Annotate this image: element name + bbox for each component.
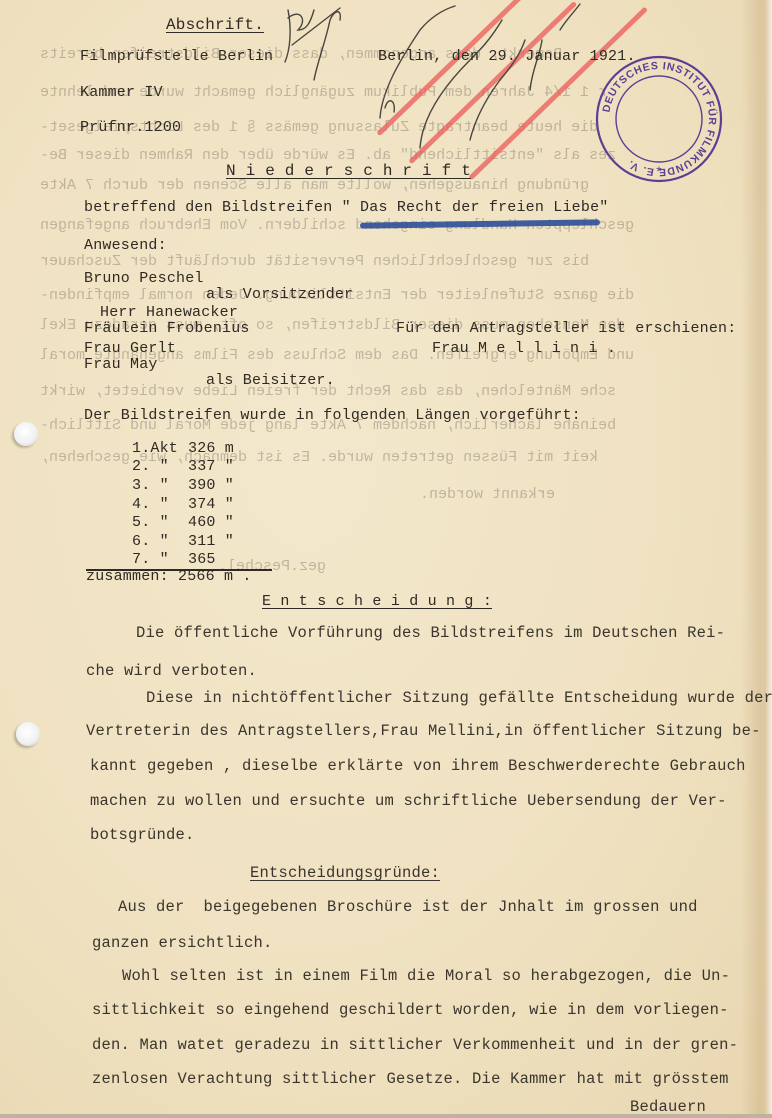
assessor: Frau May: [84, 356, 158, 373]
reasons-line: sittlichkeit so eingehend geschildert wo…: [92, 1001, 729, 1019]
notice-line: botsgründe.: [90, 826, 195, 844]
total-length: zusammen: 2566 m .: [86, 568, 252, 585]
assessor-role: als Beisitzer.: [206, 372, 335, 389]
svg-text:DEUTSCHES INSTITUT FÜR FILMKUN: DEUTSCHES INSTITUT FÜR FILMKUNDE E. V.: [600, 60, 719, 178]
bleed-through-line: bis zur geschlechtlichen Perversität dur…: [40, 253, 589, 270]
act-length: 337 ": [188, 458, 234, 475]
office-name: Filmprüfstelle Berlin: [80, 48, 273, 65]
act-label: 3. ": [132, 477, 169, 494]
applicant-name: Frau M e l l i n i .: [432, 340, 616, 357]
act-length: 374 ": [188, 496, 234, 513]
reasons-title: Entscheidungsgründe:: [250, 864, 440, 882]
exam-number: Prüfnr.1200: [80, 119, 181, 136]
act-label: 2. ": [132, 458, 169, 475]
chamber: Kammer IV: [80, 84, 163, 101]
stamp-text: DEUTSCHES INSTITUT FÜR FILMKUNDE E. V.: [600, 60, 719, 178]
act-length: 365: [188, 551, 216, 568]
handwritten-annotation: [270, 0, 600, 160]
bleed-through-line: keit mit Füssen getreten wurde. Es ist d…: [40, 449, 598, 466]
decision-line: che wird verboten.: [86, 662, 257, 680]
stamp-star-icon: *: [656, 163, 662, 179]
continuation-word: Bedauern: [630, 1098, 706, 1116]
lengths-intro: Der Bildstreifen wurde in folgenden Läng…: [84, 407, 581, 424]
reasons-line: Aus der beigegebenen Broschüre ist der J…: [118, 898, 698, 916]
assessor: Fräulein Frobenius: [84, 320, 250, 337]
act-label: 4. ": [132, 496, 169, 513]
subject-line: betreffend den Bildstreifen " Das Recht …: [84, 199, 608, 216]
document-title: N i e d e r s c h r i f t: [226, 162, 471, 180]
notice-line: Vertreterin des Antragstellers,Frau Mell…: [86, 722, 761, 740]
page-edge: [764, 0, 772, 1118]
act-length: 326 m: [188, 440, 234, 457]
decision-line: Die öffentliche Vorführung des Bildstrei…: [136, 624, 725, 642]
notice-line: kannt gegeben , dieselbe erklärte von ih…: [90, 757, 746, 775]
reasons-line: zenlosen Verachtung sittlicher Gesetze. …: [92, 1070, 729, 1088]
assessor: Frau Gerlt: [84, 340, 176, 357]
punch-hole: [16, 722, 40, 746]
reasons-line: den. Man watet geradezu in sittlicher Ve…: [92, 1036, 738, 1054]
applicant-label: Für den Antragsteller ist erschienen:: [396, 320, 736, 337]
act-label: 1.Akt: [132, 440, 178, 457]
copy-heading: Abschrift.: [166, 16, 264, 34]
reasons-line: ganzen ersichtlich.: [92, 934, 273, 952]
act-label: 7. ": [132, 551, 169, 568]
act-label: 6. ": [132, 533, 169, 550]
present-label: Anwesend:: [84, 237, 167, 254]
assessor: Herr Hanewacker: [100, 304, 238, 321]
reasons-line: Wohl selten ist in einem Film die Moral …: [122, 967, 730, 985]
notice-line: Diese in nichtöffentlicher Sitzung gefäl…: [146, 689, 772, 707]
act-label: 5. ": [132, 514, 169, 531]
bleed-through-line: erkannt worden.: [420, 486, 555, 503]
act-length: 311 ": [188, 533, 234, 550]
act-length: 390 ": [188, 477, 234, 494]
notice-line: machen zu wollen und ersuchte um schrift…: [90, 792, 727, 810]
decision-title: E n t s c h e i d u n g :: [262, 593, 492, 610]
place-date: Berlin, den 29. Januar 1921.: [378, 48, 636, 65]
act-length: 460 ": [188, 514, 234, 531]
chair-role: als Vorsitzender: [206, 286, 353, 303]
chair-name: Bruno Peschel: [84, 270, 204, 287]
punch-hole: [14, 422, 38, 446]
institute-stamp: DEUTSCHES INSTITUT FÜR FILMKUNDE E. V. *: [594, 54, 724, 184]
